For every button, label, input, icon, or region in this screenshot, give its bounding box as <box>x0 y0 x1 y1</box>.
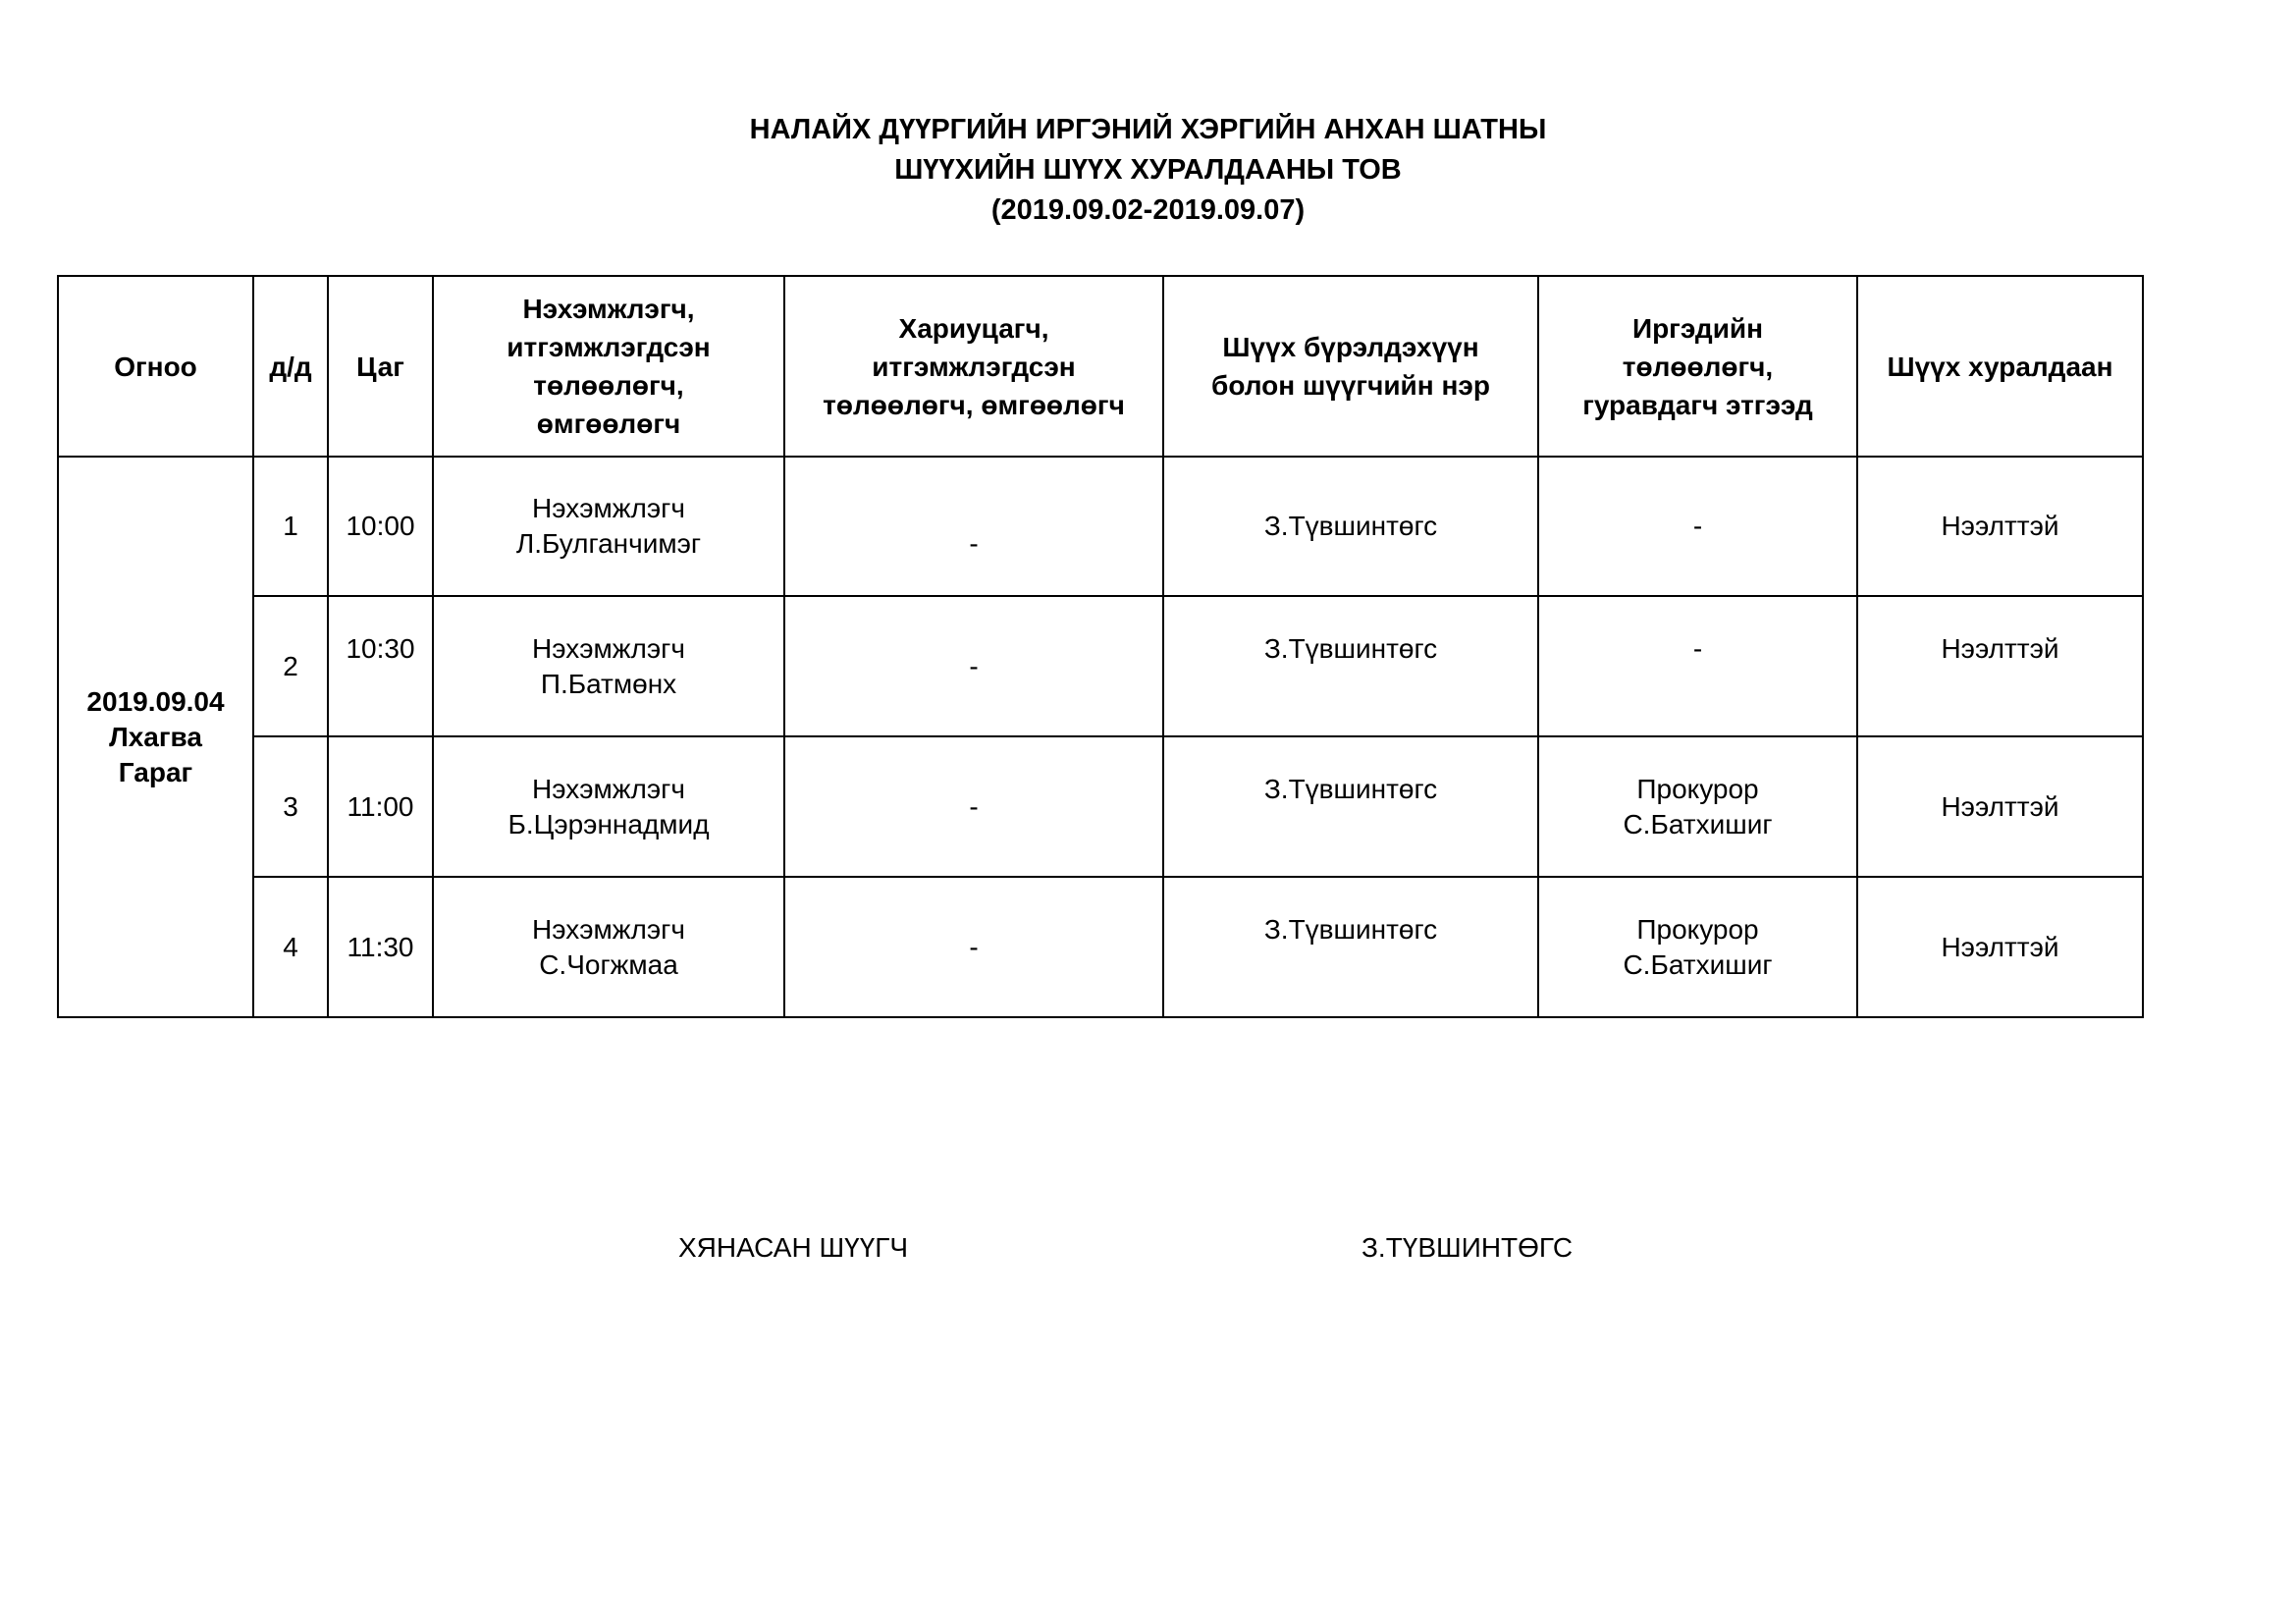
header-number: д/д <box>253 276 328 457</box>
row-time: 10:30 <box>328 596 433 736</box>
row-third-party: Прокурор С.Батхишиг <box>1538 877 1857 1017</box>
row-hearing: Нээлттэй <box>1857 596 2143 736</box>
row-third-party: - <box>1538 457 1857 596</box>
header-hearing: Шүүх хуралдаан <box>1857 276 2143 457</box>
row-number: 4 <box>253 877 328 1017</box>
row-hearing: Нээлттэй <box>1857 877 2143 1017</box>
row-defendant: - <box>784 596 1163 736</box>
row-hearing: Нээлттэй <box>1857 736 2143 877</box>
signature-label: ХЯНАСАН ШҮҮГЧ <box>678 1230 908 1266</box>
header-time: Цаг <box>328 276 433 457</box>
row-plaintiff: Нэхэмжлэгч П.Батмөнх <box>433 596 784 736</box>
table-row: 2019.09.04 Лхагва Гараг 1 10:00 Нэхэмжлэ… <box>58 457 2143 596</box>
row-judge: З.Түвшинтөгс <box>1163 457 1538 596</box>
header-third-party: Иргэдийн төлөөлөгч, гуравдагч этгээд <box>1538 276 1857 457</box>
table-row: 3 11:00 Нэхэмжлэгч Б.Цэрэннадмид - З.Түв… <box>58 736 2143 877</box>
row-time: 11:30 <box>328 877 433 1017</box>
row-defendant: - <box>784 736 1163 877</box>
row-judge: З.Түвшинтөгс <box>1163 877 1538 1017</box>
row-defendant: - <box>784 457 1163 596</box>
signature-name: З.ТҮВШИНТӨГС <box>1362 1230 1573 1266</box>
row-number: 3 <box>253 736 328 877</box>
row-plaintiff: Нэхэмжлэгч Б.Цэрэннадмид <box>433 736 784 877</box>
row-judge: З.Түвшинтөгс <box>1163 736 1538 877</box>
document-title: НАЛАЙХ ДҮҮРГИЙН ИРГЭНИЙ ХЭРГИЙН АНХАН ША… <box>0 110 2296 231</box>
table-header-row: Огноо д/д Цаг Нэхэмжлэгч, итгэмжлэгдсэн … <box>58 276 2143 457</box>
row-number: 2 <box>253 596 328 736</box>
row-time: 11:00 <box>328 736 433 877</box>
row-number: 1 <box>253 457 328 596</box>
row-plaintiff: Нэхэмжлэгч Л.Булганчимэг <box>433 457 784 596</box>
date-cell: 2019.09.04 Лхагва Гараг <box>58 457 253 1017</box>
table-row: 2 10:30 Нэхэмжлэгч П.Батмөнх - З.Түвшинт… <box>58 596 2143 736</box>
title-line-1: НАЛАЙХ ДҮҮРГИЙН ИРГЭНИЙ ХЭРГИЙН АНХАН ША… <box>0 110 2296 150</box>
row-time: 10:00 <box>328 457 433 596</box>
header-date: Огноо <box>58 276 253 457</box>
header-defendant: Хариуцагч, итгэмжлэгдсэн төлөөлөгч, өмгө… <box>784 276 1163 457</box>
title-date-range: (2019.09.02-2019.09.07) <box>0 190 2296 231</box>
row-plaintiff: Нэхэмжлэгч С.Чогжмаа <box>433 877 784 1017</box>
row-defendant: - <box>784 877 1163 1017</box>
header-judge: Шүүх бүрэлдэхүүн болон шүүгчийн нэр <box>1163 276 1538 457</box>
row-judge: З.Түвшинтөгс <box>1163 596 1538 736</box>
row-third-party: - <box>1538 596 1857 736</box>
row-hearing: Нээлттэй <box>1857 457 2143 596</box>
row-third-party: Прокурор С.Батхишиг <box>1538 736 1857 877</box>
hearing-schedule-table: Огноо д/д Цаг Нэхэмжлэгч, итгэмжлэгдсэн … <box>57 275 2144 1018</box>
header-plaintiff: Нэхэмжлэгч, итгэмжлэгдсэн төлөөлөгч, өмг… <box>433 276 784 457</box>
title-line-2: ШҮҮХИЙН ШҮҮХ ХУРАЛДААНЫ ТОВ <box>0 150 2296 190</box>
table-row: 4 11:30 Нэхэмжлэгч С.Чогжмаа - З.Түвшинт… <box>58 877 2143 1017</box>
